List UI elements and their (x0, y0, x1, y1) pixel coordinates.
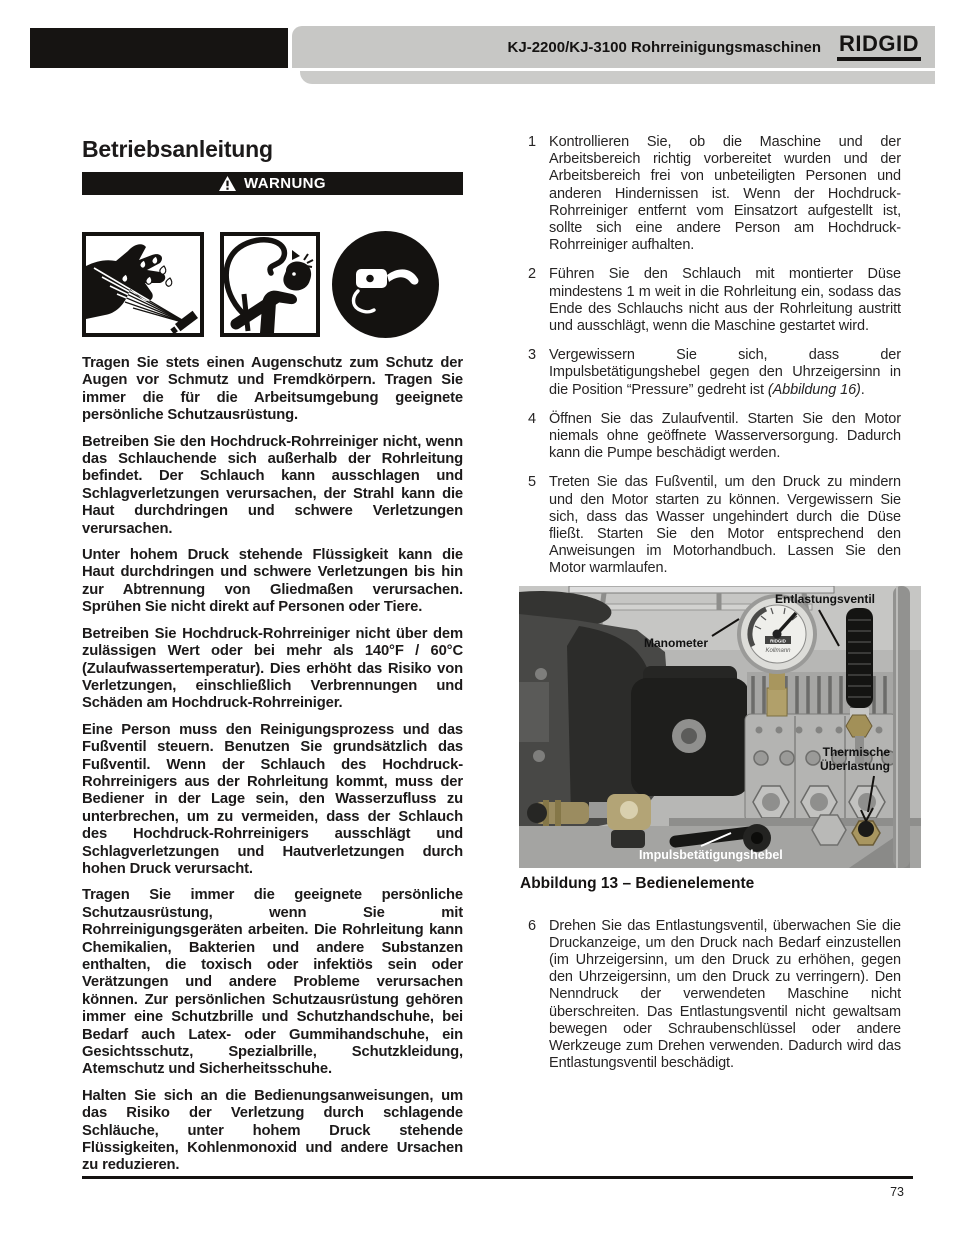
ridgid-logo: RIDGID (837, 33, 921, 61)
step-number: 3 (528, 347, 549, 399)
step-number: 5 (528, 474, 549, 577)
step-item-2: 2 Führen Sie den Schlauch mit montierter… (528, 266, 901, 335)
gauge-brand-text: RIDGID (770, 638, 787, 643)
warning-paragraph: Tragen Sie immer die geeignete persönlic… (82, 887, 463, 1078)
warning-label: WARNUNG (244, 175, 326, 192)
footer-rule (82, 1176, 913, 1179)
header-accent-strip (300, 71, 935, 84)
figure-label-pulse-lever: Impulsbetätigungshebel (639, 848, 783, 862)
left-column: Betriebsanleitung WARNUNG (82, 136, 463, 1175)
safety-icons-row (82, 231, 463, 338)
step-text: Kontrollieren Sie, ob die Maschine und d… (549, 134, 901, 254)
warning-paragraph: Betreiben Sie Hochdruck-Rohrreiniger nic… (82, 626, 463, 713)
header-bar: KJ-2200/KJ-3100 Rohrreinigungsmaschinen … (292, 26, 935, 68)
figure-reference: (Abbildung 16) (768, 382, 861, 398)
step-number: 6 (528, 918, 549, 1073)
warning-banner: WARNUNG (82, 172, 463, 195)
header-black-bar (30, 28, 288, 68)
gauge-subbrand-text: Kollmann (765, 648, 791, 654)
page-title: Betriebsanleitung (82, 136, 463, 163)
hand-injection-icon (82, 232, 204, 337)
figure-label-thermal-overload-line2: Überlastung (820, 758, 890, 773)
step-text: Führen Sie den Schlauch mit montierter D… (549, 266, 901, 335)
manual-page: KJ-2200/KJ-3100 Rohrreinigungsmaschinen … (0, 0, 954, 1235)
eye-protection-icon (332, 231, 439, 338)
motor-coupling-graphic (631, 666, 749, 796)
page-number: 73 (890, 1185, 904, 1199)
whipping-hose-icon (220, 232, 320, 337)
step-number: 4 (528, 411, 549, 463)
warning-paragraph: Eine Person muss den Reinigungsprozess u… (82, 722, 463, 879)
warning-paragraph: Betreiben Sie den Hochdruck-Rohrreiniger… (82, 434, 463, 538)
step-item-4: 4 Öffnen Sie das Zulaufventil. Starten S… (528, 411, 901, 463)
figure-label-pressure-gauge: Manometer (644, 636, 708, 650)
step-text: Treten Sie das Fußventil, um den Druck z… (549, 474, 901, 577)
step-item-3: 3 Vergewissern Sie sich, dass der Impuls… (528, 347, 901, 399)
warning-paragraph: Halten Sie sich an die Bedienungsanweisu… (82, 1088, 463, 1175)
step-text: Öffnen Sie das Zulaufventil. Starten Sie… (549, 411, 901, 463)
right-column: 1 Kontrollieren Sie, ob die Maschine und… (528, 134, 901, 1073)
header-product-title: KJ-2200/KJ-3100 Rohrreinigungsmaschinen (508, 39, 821, 56)
step-text: Vergewissern Sie sich, dass der Impulsbe… (549, 347, 901, 399)
step-item-5: 5 Treten Sie das Fußventil, um den Druck… (528, 474, 901, 577)
step-text: Drehen Sie das Entlastungsventil, überwa… (549, 918, 901, 1073)
figure-photo: RIDGID Kollmann Entlastungsventil Manome… (519, 586, 921, 868)
step-item-1: 1 Kontrollieren Sie, ob die Maschine und… (528, 134, 901, 254)
step-item-6: 6 Drehen Sie das Entlastungsventil, über… (528, 918, 901, 1073)
warning-paragraph: Tragen Sie stets einen Augenschutz zum S… (82, 355, 463, 425)
step-text-part: . (861, 382, 865, 398)
step-number: 1 (528, 134, 549, 254)
figure-label-thermal-overload-line1: Thermische (823, 745, 891, 759)
warning-triangle-icon (219, 176, 236, 191)
step-number: 2 (528, 266, 549, 335)
warning-paragraph: Unter hohem Druck stehende Flüssigkeit k… (82, 547, 463, 617)
figure-label-relief-valve: Entlastungsventil (775, 592, 875, 606)
figure-caption: Abbildung 13 – Bedienelemente (520, 875, 901, 893)
